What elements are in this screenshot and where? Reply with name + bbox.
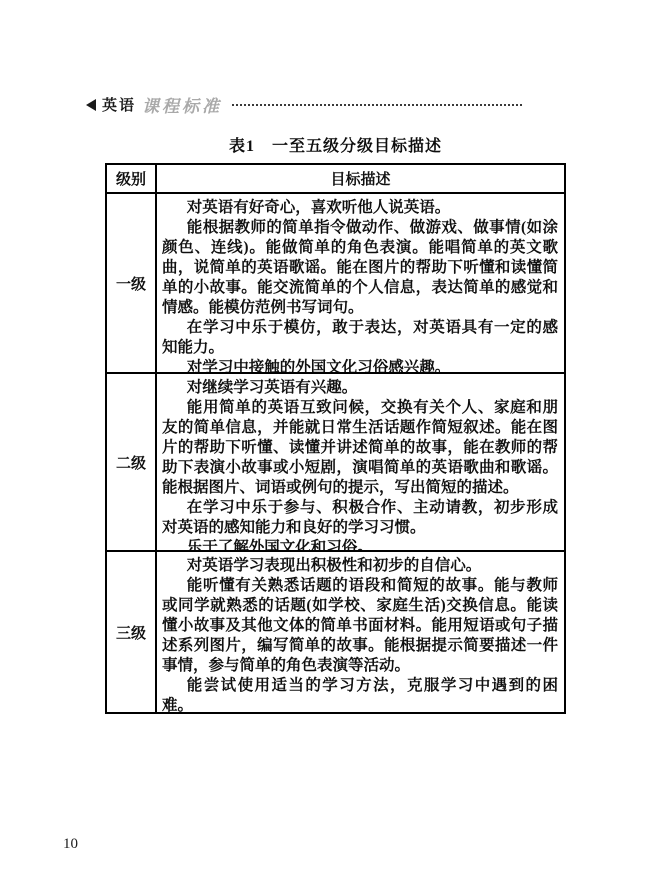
- column-header-description: 目标描述: [157, 165, 564, 192]
- table-row-level-2: 二级 对继续学习英语有兴趣。 能用简单的英语互致问候，交换有关个人、家庭和朋友的…: [107, 372, 564, 550]
- description-paragraph: 能听懂有关熟悉话题的语段和简短的故事。能与教师或同学就熟悉的话题(如学校、家庭生…: [162, 576, 558, 676]
- table-header-row: 级别 目标描述: [107, 165, 564, 192]
- description-paragraph: 乐于了解外国文化和习俗。: [162, 538, 558, 550]
- levels-table: 级别 目标描述 一级 对英语有好奇心，喜欢听他人说英语。 能根据教师的简单指令做…: [105, 163, 566, 714]
- running-head-brand: 英语: [102, 94, 136, 115]
- description-paragraph: 在学习中乐于模仿，敢于表达，对英语具有一定的感知能力。: [162, 318, 558, 358]
- description-paragraph: 在学习中乐于参与、积极合作、主动请教，初步形成对英语的感知能力和良好的学习习惯。: [162, 498, 558, 538]
- level-label: 一级: [107, 194, 157, 372]
- level-description: 对英语学习表现出积极性和初步的自信心。 能听懂有关熟悉话题的语段和简短的故事。能…: [157, 552, 564, 712]
- level-label: 二级: [107, 374, 157, 550]
- table-row-level-1: 一级 对英语有好奇心，喜欢听他人说英语。 能根据教师的简单指令做动作、做游戏、做…: [107, 192, 564, 372]
- book-page: 英语 课程标准 表1 一至五级分级目标描述 级别 目标描述 一级 对英语有好奇心…: [0, 0, 668, 891]
- level-description: 对继续学习英语有兴趣。 能用简单的英语互致问候，交换有关个人、家庭和朋友的简单信…: [157, 374, 564, 550]
- column-header-level: 级别: [107, 165, 157, 192]
- running-head: 英语 课程标准: [86, 92, 522, 117]
- page-number: 10: [63, 836, 78, 853]
- description-paragraph: 能用简单的英语互致问候，交换有关个人、家庭和朋友的简单信息，并能就日常生活话题作…: [162, 398, 558, 498]
- description-paragraph: 对英语有好奇心，喜欢听他人说英语。: [162, 198, 558, 218]
- left-triangle-icon: [86, 99, 96, 111]
- description-paragraph: 能根据教师的简单指令做动作、做游戏、做事情(如涂颜色、连线)。能做简单的角色表演…: [162, 218, 558, 318]
- description-paragraph: 对继续学习英语有兴趣。: [162, 378, 558, 398]
- level-label: 三级: [107, 552, 157, 712]
- description-paragraph: 对英语学习表现出积极性和初步的自信心。: [162, 556, 558, 576]
- running-head-subtitle: 课程标准: [142, 92, 222, 117]
- description-paragraph: 对学习中接触的外国文化习俗感兴趣。: [162, 358, 558, 372]
- table-row-level-3: 三级 对英语学习表现出积极性和初步的自信心。 能听懂有关熟悉话题的语段和简短的故…: [107, 550, 564, 712]
- description-paragraph: 能尝试使用适当的学习方法，克服学习中遇到的困难。: [162, 676, 558, 712]
- level-description: 对英语有好奇心，喜欢听他人说英语。 能根据教师的简单指令做动作、做游戏、做事情(…: [157, 194, 564, 372]
- dotted-rule: [232, 104, 522, 106]
- table-title: 表1 一至五级分级目标描述: [105, 133, 566, 156]
